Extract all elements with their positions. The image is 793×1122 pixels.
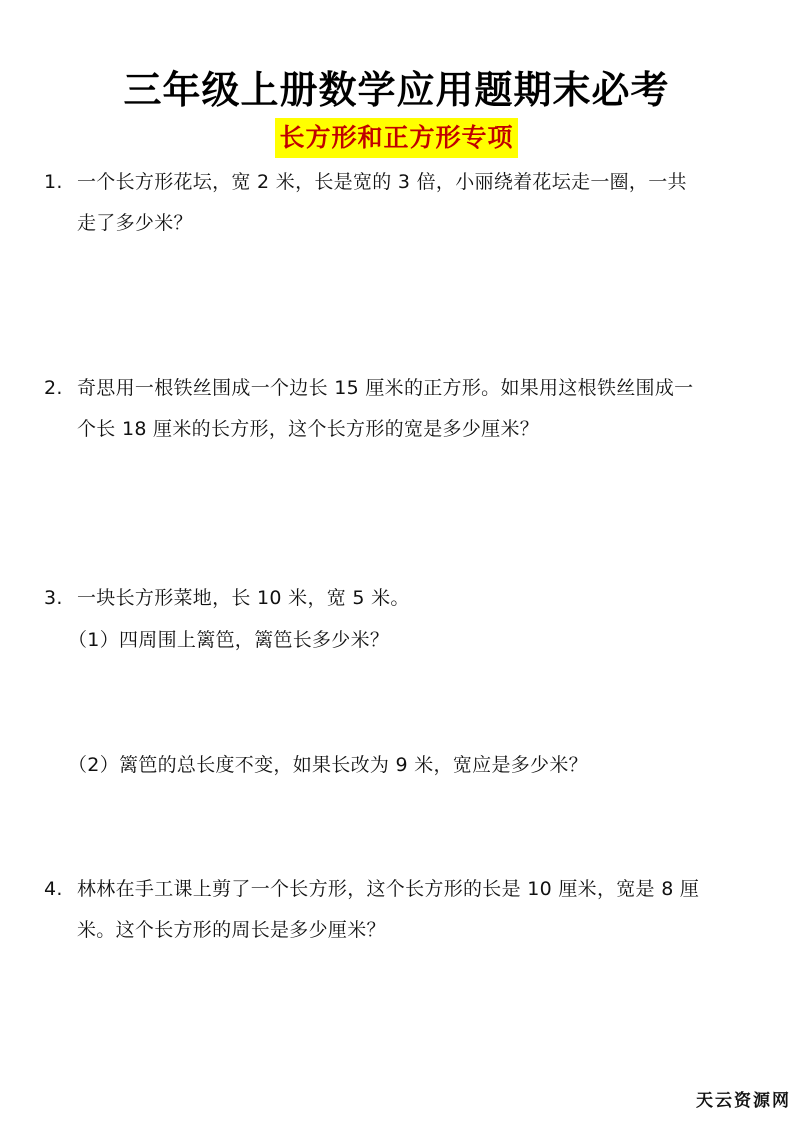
question-1-line-2: 走了多少米？ (44, 203, 754, 244)
question-text: 一个长方形花坛，宽 2 米，长是宽的 3 倍，小丽绕着花坛走一圈，一共 (77, 171, 687, 193)
question-text: 奇思用一根铁丝围成一个边长 15 厘米的正方形。如果用这根铁丝围成一 (77, 377, 693, 399)
watermark: 天云资源网 (696, 1086, 791, 1111)
page-title: 三年级上册数学应用题期末必考 (0, 64, 793, 116)
question-4-line-1: 4.林林在手工课上剪了一个长方形，这个长方形的长是 10 厘米，宽是 8 厘 (44, 869, 754, 910)
question-text: 一块长方形菜地，长 10 米，宽 5 米。 (77, 587, 410, 609)
subtitle-container: 长方形和正方形专项 (0, 118, 793, 158)
question-4: 4.林林在手工课上剪了一个长方形，这个长方形的长是 10 厘米，宽是 8 厘 米… (44, 869, 754, 951)
question-2-line-1: 2.奇思用一根铁丝围成一个边长 15 厘米的正方形。如果用这根铁丝围成一 (44, 368, 754, 409)
question-1: 1.一个长方形花坛，宽 2 米，长是宽的 3 倍，小丽绕着花坛走一圈，一共 走了… (44, 162, 754, 244)
question-1-line-1: 1.一个长方形花坛，宽 2 米，长是宽的 3 倍，小丽绕着花坛走一圈，一共 (44, 162, 754, 203)
question-number: 3. (44, 578, 77, 619)
question-4-line-2: 米。这个长方形的周长是多少厘米？ (44, 910, 754, 951)
question-3-subquestion-2: （2）篱笆的总长度不变，如果长改为 9 米，宽应是多少米？ (68, 750, 588, 780)
question-number: 2. (44, 368, 77, 409)
question-2-line-2: 个长 18 厘米的长方形，这个长方形的宽是多少厘米？ (44, 409, 754, 450)
question-3-subquestion-1: （1）四周围上篱笆，篱笆长多少米？ (68, 625, 389, 655)
section-subtitle: 长方形和正方形专项 (275, 118, 517, 158)
question-3-line-1: 3.一块长方形菜地，长 10 米，宽 5 米。 (44, 578, 754, 619)
question-number: 1. (44, 162, 77, 203)
question-2: 2.奇思用一根铁丝围成一个边长 15 厘米的正方形。如果用这根铁丝围成一 个长 … (44, 368, 754, 450)
question-text: 林林在手工课上剪了一个长方形，这个长方形的长是 10 厘米，宽是 8 厘 (77, 878, 699, 900)
question-3: 3.一块长方形菜地，长 10 米，宽 5 米。 (44, 578, 754, 619)
question-number: 4. (44, 869, 77, 910)
